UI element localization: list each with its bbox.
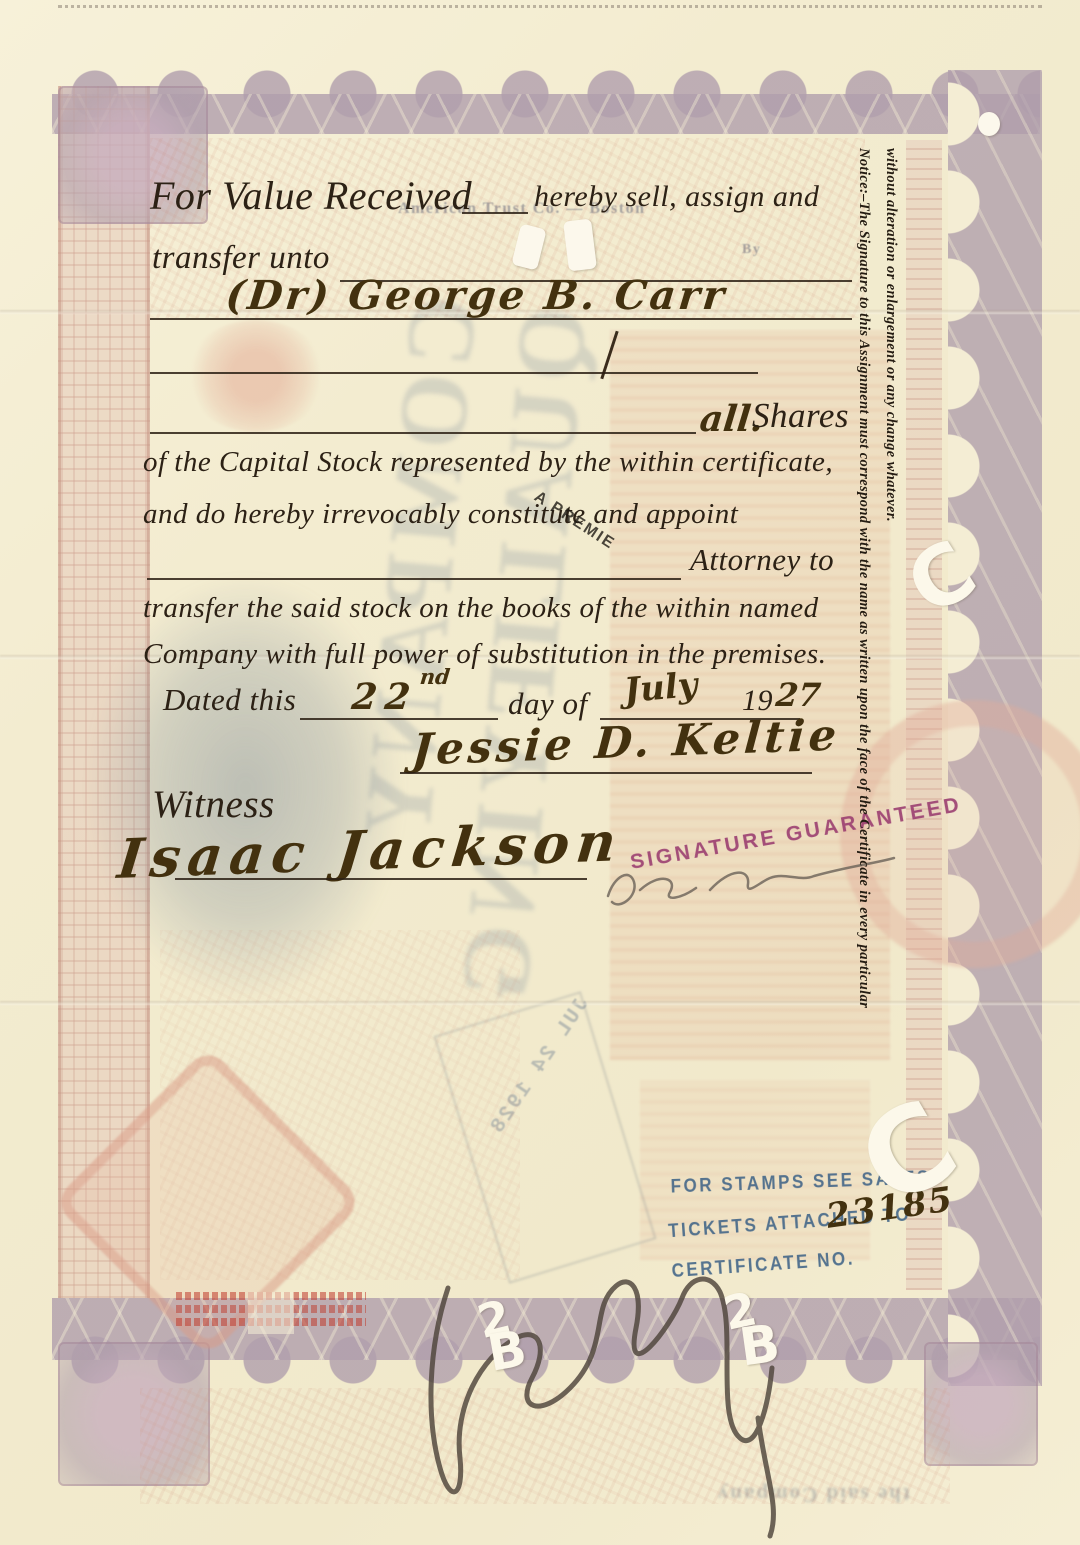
handwritten-day: 22 (350, 676, 421, 718)
handwritten-month: July (622, 665, 699, 711)
printed-body-2: and do hereby irrevocably constitute and… (143, 498, 738, 531)
printed-for-value-received: For Value Received (150, 172, 472, 219)
bleed-red-hatch-block (176, 1292, 366, 1334)
rule-attorney (147, 578, 681, 580)
fold-line (0, 1001, 1080, 1005)
border-left-strip (58, 86, 150, 1298)
handwritten-year-suffix: 27 (774, 676, 823, 714)
bleed-banner-text: COMPANY QUALIFYING (303, 292, 623, 1289)
paper-cutout-letter: B (737, 1317, 783, 1374)
printed-attorney-to: Attorney to (690, 542, 834, 578)
printed-shares-label: Shares (752, 396, 849, 436)
rule-assignor-signature (400, 772, 812, 774)
rule-day (300, 718, 498, 720)
certificate-back-sheet: COMPANY QUALIFYING American Trust Co. — … (0, 0, 1080, 1545)
printed-body-1: of the Capital Stock represented by the … (143, 446, 833, 479)
printed-dated-this: Dated this (163, 682, 296, 718)
bleed-date-stamp: JUL 24 1928 (486, 993, 595, 1139)
bleed-red-hatch-gap (248, 1292, 294, 1334)
paper-residue-tape (511, 223, 546, 270)
rule-witness-signature (175, 878, 587, 880)
rule-transferee (150, 318, 852, 320)
rule-blank-2 (150, 372, 758, 374)
assignment-notice-vertical: Notice:–The Signature to this Assignment… (850, 148, 910, 1020)
printed-body-3: transfer the said stock on the books of … (143, 592, 819, 625)
bleed-stamp-outline (434, 991, 657, 1284)
printed-hereby-sell: hereby sell, assign and (534, 180, 819, 214)
printed-body-4: Company with full power of substitution … (143, 638, 826, 671)
handwritten-transferee: (Dr) George B. Carr (224, 272, 730, 319)
handwritten-assignor-signature: Jessie D. Keltie (410, 710, 841, 775)
paper-residue-tape (563, 218, 597, 271)
paper-residue-dot (978, 112, 1000, 136)
rule-blank (462, 212, 528, 214)
bleed-rosette (186, 320, 326, 432)
rule-shares (150, 432, 696, 434)
printed-day-of: day of (508, 686, 588, 722)
handwritten-day-suffix: nd (419, 664, 452, 689)
perforation-edge (58, 5, 1042, 8)
bleed-bank-by: By (742, 242, 761, 258)
bleed-hatch-lower-left (160, 930, 520, 1280)
printed-witness: Witness (152, 782, 275, 827)
